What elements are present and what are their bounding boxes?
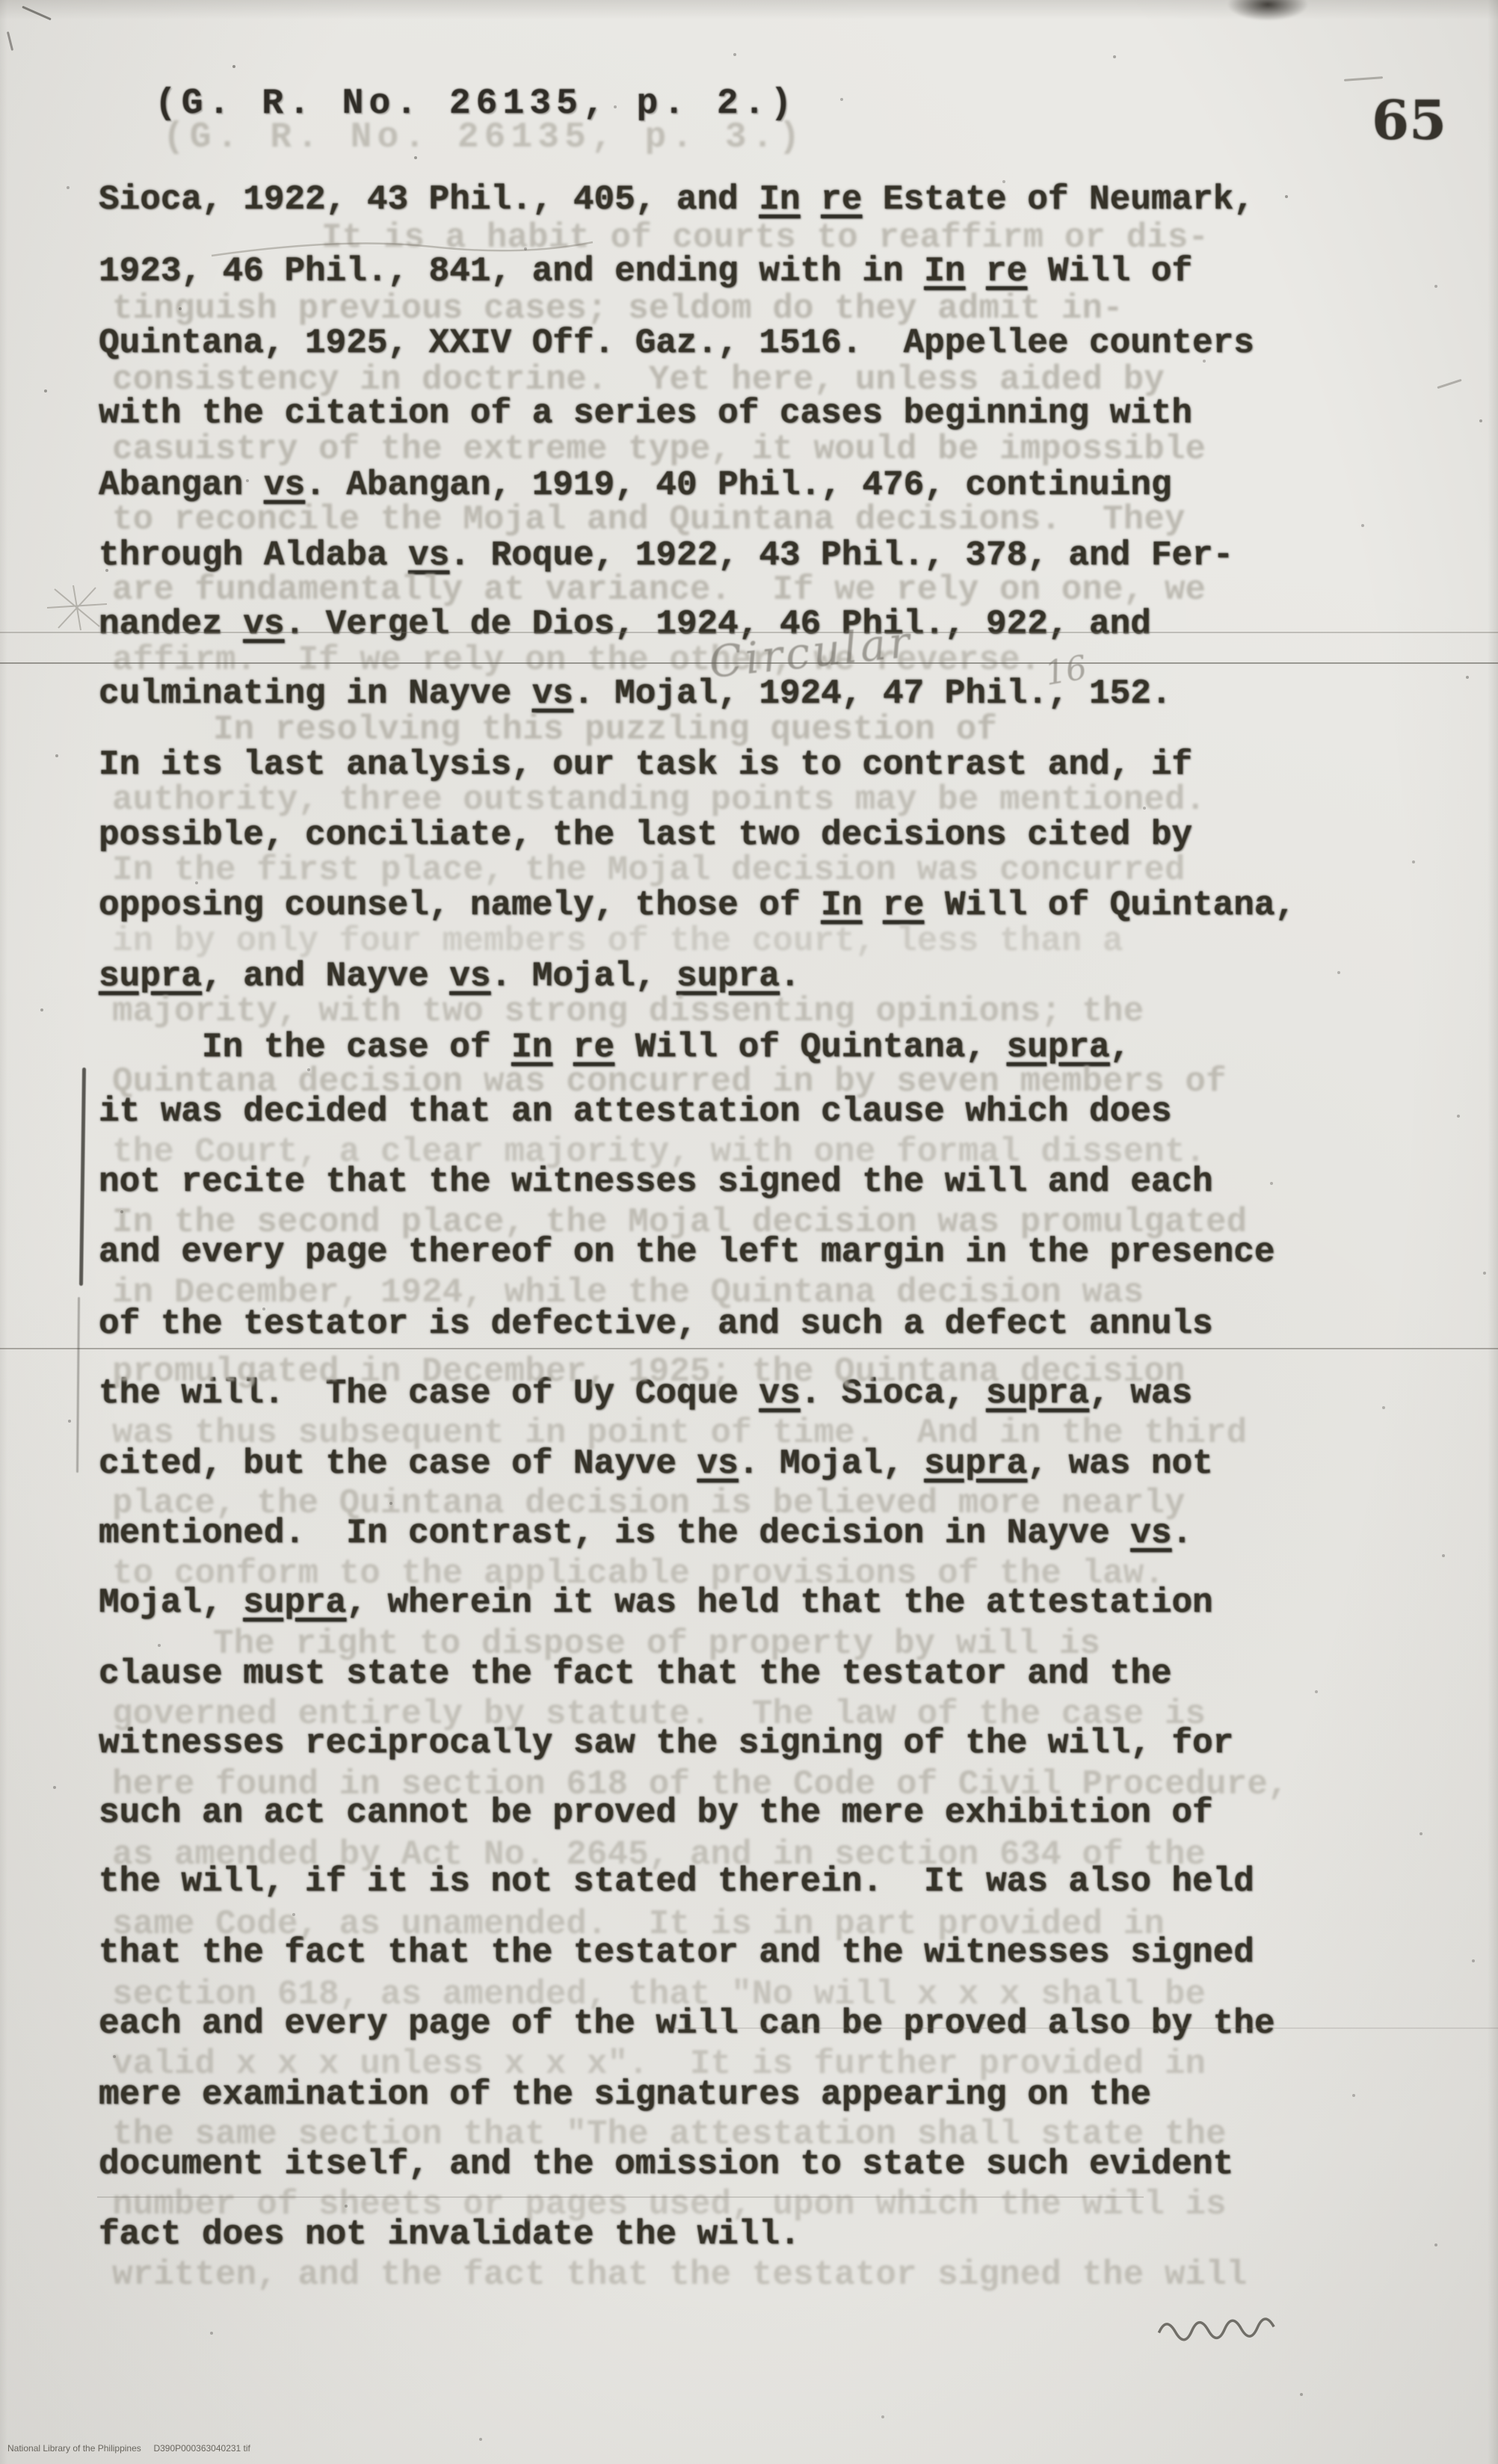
pencil-curve — [208, 233, 597, 263]
corner-pencil-stroke — [7, 31, 13, 51]
typed-line: Quintana, 1925, XXIV Off. Gaz., 1516. Ap… — [99, 326, 1254, 360]
bleed-through-ghost-line: In the first place, the Mojal decision w… — [112, 853, 1185, 887]
typed-line: supra, and Nayve vs. Mojal, supra. — [99, 959, 801, 994]
bleed-through-ghost-line: Quintana decision was concurred in by se… — [112, 1065, 1227, 1099]
bleed-through-ghost-line: In resolving this puzzling question of — [213, 712, 997, 747]
bleed-through-ghost-line: in December, 1924, while the Quintana de… — [112, 1275, 1144, 1310]
bleed-through-ghost-line: In the second place, the Mojal decision … — [112, 1205, 1247, 1239]
bleed-through-ghost-line: same Code, as unamended. It is in part p… — [112, 1907, 1165, 1941]
underlined-term: vs — [532, 674, 573, 713]
pencil-note: 16 — [1042, 649, 1090, 694]
underlined-term: supra — [1007, 1028, 1110, 1067]
bleed-through-ghost-line: to reconcile the Mojal and Quintana deci… — [112, 502, 1185, 537]
bleed-through-ghost-line: The right to dispose of property by will… — [213, 1627, 1100, 1661]
bleed-through-ghost-line: here found in section 618 of the Code of… — [112, 1767, 1288, 1802]
underlined-term: In — [821, 886, 862, 925]
underlined-term: supra — [676, 957, 780, 996]
underlined-term: re — [883, 886, 924, 925]
bleed-through-ghost-line: majority, with two strong dissenting opi… — [112, 994, 1144, 1029]
underlined-term: re — [573, 1028, 614, 1067]
bleed-through-ghost-line: casuistry of the extreme type, it would … — [112, 432, 1206, 466]
typed-line: opposing counsel, namely, those of In re… — [99, 888, 1295, 923]
underlined-term: In — [924, 252, 965, 291]
margin-pen-stroke — [79, 1068, 86, 1286]
underlined-term: re — [821, 180, 862, 219]
typed-line: In its last analysis, our task is to con… — [99, 748, 1192, 782]
bleed-through-ghost-line: governed entirely by statute. The law of… — [112, 1697, 1206, 1731]
underlined-term: In — [511, 1028, 552, 1067]
typed-line: nandez vs. Vergel de Dios, 1924, 46 Phil… — [99, 607, 1151, 641]
bleed-through-ghost-line: section 618, as amended, that "No will x… — [112, 1977, 1206, 2012]
archive-stamp: National Library of the Philippines D390… — [7, 2443, 250, 2454]
underlined-term: vs — [408, 536, 449, 575]
bleed-through-ghost-line: the same section that "The attestation s… — [112, 2117, 1227, 2152]
typed-line: possible, conciliate, the last two decis… — [99, 818, 1192, 852]
bleed-through-ghost-line: was thus subsequent in point of time. An… — [112, 1416, 1247, 1450]
underlined-term: vs — [449, 957, 490, 996]
scanned-document-page: (G. R. No. 26135, p. 2.) 65 Sioca, 1922,… — [0, 0, 1498, 2464]
pencil-scribble — [43, 582, 111, 634]
underlined-term: supra — [99, 957, 202, 996]
bleed-through-ghost-line: (G. R. No. 26135, p. 3.) — [163, 120, 805, 155]
pencil-tick — [1437, 379, 1461, 389]
pencil-squiggle — [1154, 2303, 1290, 2347]
bleed-through-ghost-line: in by only four members of the court, le… — [112, 924, 1123, 958]
bleed-through-ghost-line: number of sheets or pages used, upon whi… — [112, 2187, 1227, 2222]
bleed-through-ghost-line: to conform to the applicable provisions … — [112, 1556, 1165, 1591]
bleed-through-ghost-line: written, and the fact that the testator … — [112, 2258, 1247, 2292]
page-number: 65 — [1372, 88, 1446, 152]
bleed-through-ghost-line: are fundamentally at variance. If we rel… — [112, 573, 1206, 607]
bleed-through-ghost-line: the Court, a clear majority, with one fo… — [112, 1135, 1206, 1169]
underlined-term: In — [759, 180, 800, 219]
underlined-term: re — [986, 252, 1027, 291]
typed-line: In the case of In re Will of Quintana, s… — [202, 1030, 1130, 1065]
horizontal-rule-line — [0, 1348, 1498, 1349]
ink-smudge — [1227, 0, 1308, 21]
bleed-through-ghost-line: as amended by Act No. 2645, and in secti… — [112, 1838, 1206, 1872]
bleed-through-ghost-line: valid x x x unless x x x". It is further… — [112, 2047, 1206, 2081]
scan-noise — [0, 0, 1, 1]
bleed-through-ghost-line: tinguish previous cases; seldom do they … — [112, 292, 1123, 326]
pencil-tick — [1344, 76, 1383, 81]
typed-line: Abangan vs. Abangan, 1919, 40 Phil., 476… — [99, 468, 1171, 502]
corner-pencil-stroke — [22, 6, 52, 21]
typed-line: through Aldaba vs. Roque, 1922, 43 Phil.… — [99, 538, 1233, 573]
margin-pen-stroke-faint — [76, 1297, 80, 1473]
bleed-through-ghost-line: consistency in doctrine. Yet here, unles… — [112, 363, 1165, 397]
typed-line: with the citation of a series of cases b… — [99, 396, 1192, 431]
typed-line: Sioca, 1922, 43 Phil., 405, and In re Es… — [99, 182, 1254, 217]
bleed-through-ghost-line: authority, three outstanding points may … — [112, 783, 1206, 817]
typed-line: culminating in Nayve vs. Mojal, 1924, 47… — [99, 677, 1171, 711]
underlined-term: vs — [264, 466, 305, 505]
bleed-through-ghost-line: promulgated in December, 1925; the Quint… — [112, 1355, 1185, 1389]
underlined-term: vs — [243, 605, 284, 644]
bleed-through-ghost-line: place, the Quintana decision is believed… — [112, 1486, 1185, 1521]
